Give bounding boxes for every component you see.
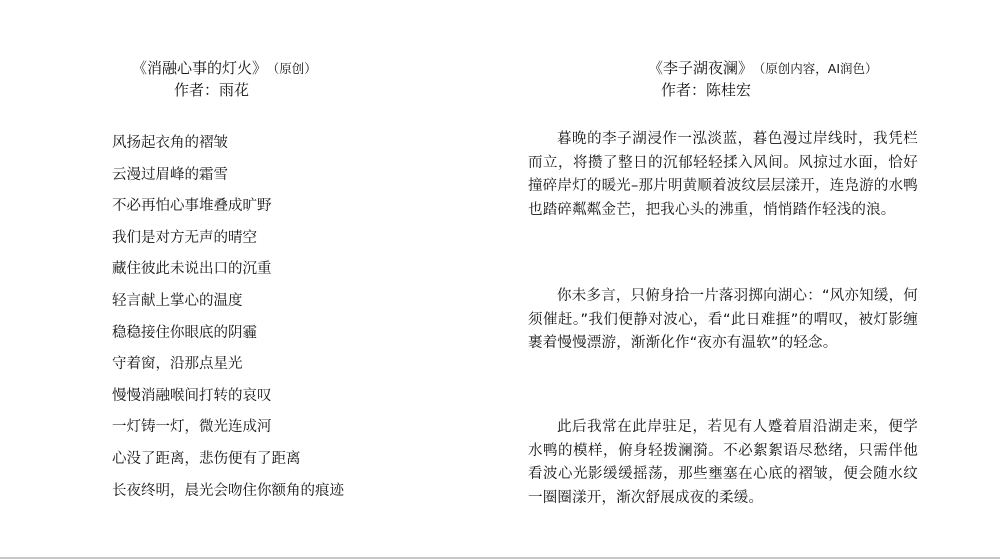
poem-author: 作者：雨花 xyxy=(174,80,249,100)
poem-line: 云漫过眉峰的霜雪 xyxy=(112,160,344,192)
poem-line: 不必再怕心事堆叠成旷野 xyxy=(112,191,344,223)
poem-line: 一灯铸一灯，微光连成河 xyxy=(112,412,344,444)
prose-paragraph-1: 暮晚的李子湖浸作一泓淡蓝，暮色漫过岸线时，我凭栏而立，将攒了整日的沉郁轻轻揉入风… xyxy=(528,128,918,222)
poem-line: 守着窗，沿那点星光 xyxy=(112,349,344,381)
poem-line: 稳稳接住你眼底的阴霾 xyxy=(112,318,344,350)
prose-title: 《李子湖夜澜》 xyxy=(648,59,753,77)
poem-title-line: 《消融心事的灯火》（原创） xyxy=(132,58,317,79)
prose-title-line: 《李子湖夜澜》（原创内容，AI润色） xyxy=(648,58,878,79)
poem-line: 我们是对方无声的晴空 xyxy=(112,223,344,255)
poem-lines: 风扬起衣角的褶皱 云漫过眉峰的霜雪 不必再怕心事堆叠成旷野 我们是对方无声的晴空… xyxy=(112,128,344,507)
poem-line: 轻言献上掌心的温度 xyxy=(112,286,344,318)
prose-title-note: （原创内容，AI润色） xyxy=(759,61,878,76)
prose-paragraph-2: 你未多言，只俯身拾一片落羽掷向湖心：“风亦知缓，何须催赶。”我们便静对波心，看“… xyxy=(528,285,918,356)
poem-line: 长夜终明，晨光会吻住你额角的痕迹 xyxy=(112,476,344,508)
prose-author: 作者：陈桂宏 xyxy=(661,80,751,100)
poem-line: 慢慢消融喉间打转的哀叹 xyxy=(112,381,344,413)
poem-line: 心没了距离，悲伤便有了距离 xyxy=(112,444,344,476)
poem-line: 藏住彼此未说出口的沉重 xyxy=(112,254,344,286)
prose-paragraph-3: 此后我常在此岸驻足，若见有人蹙着眉沿湖走来，便学水鸭的模样，俯身轻拨澜漪。不必絮… xyxy=(528,416,918,510)
poem-title-note: （原创） xyxy=(273,61,317,76)
poem-title: 《消融心事的灯火》 xyxy=(132,59,267,77)
poem-line: 风扬起衣角的褶皱 xyxy=(112,128,344,160)
